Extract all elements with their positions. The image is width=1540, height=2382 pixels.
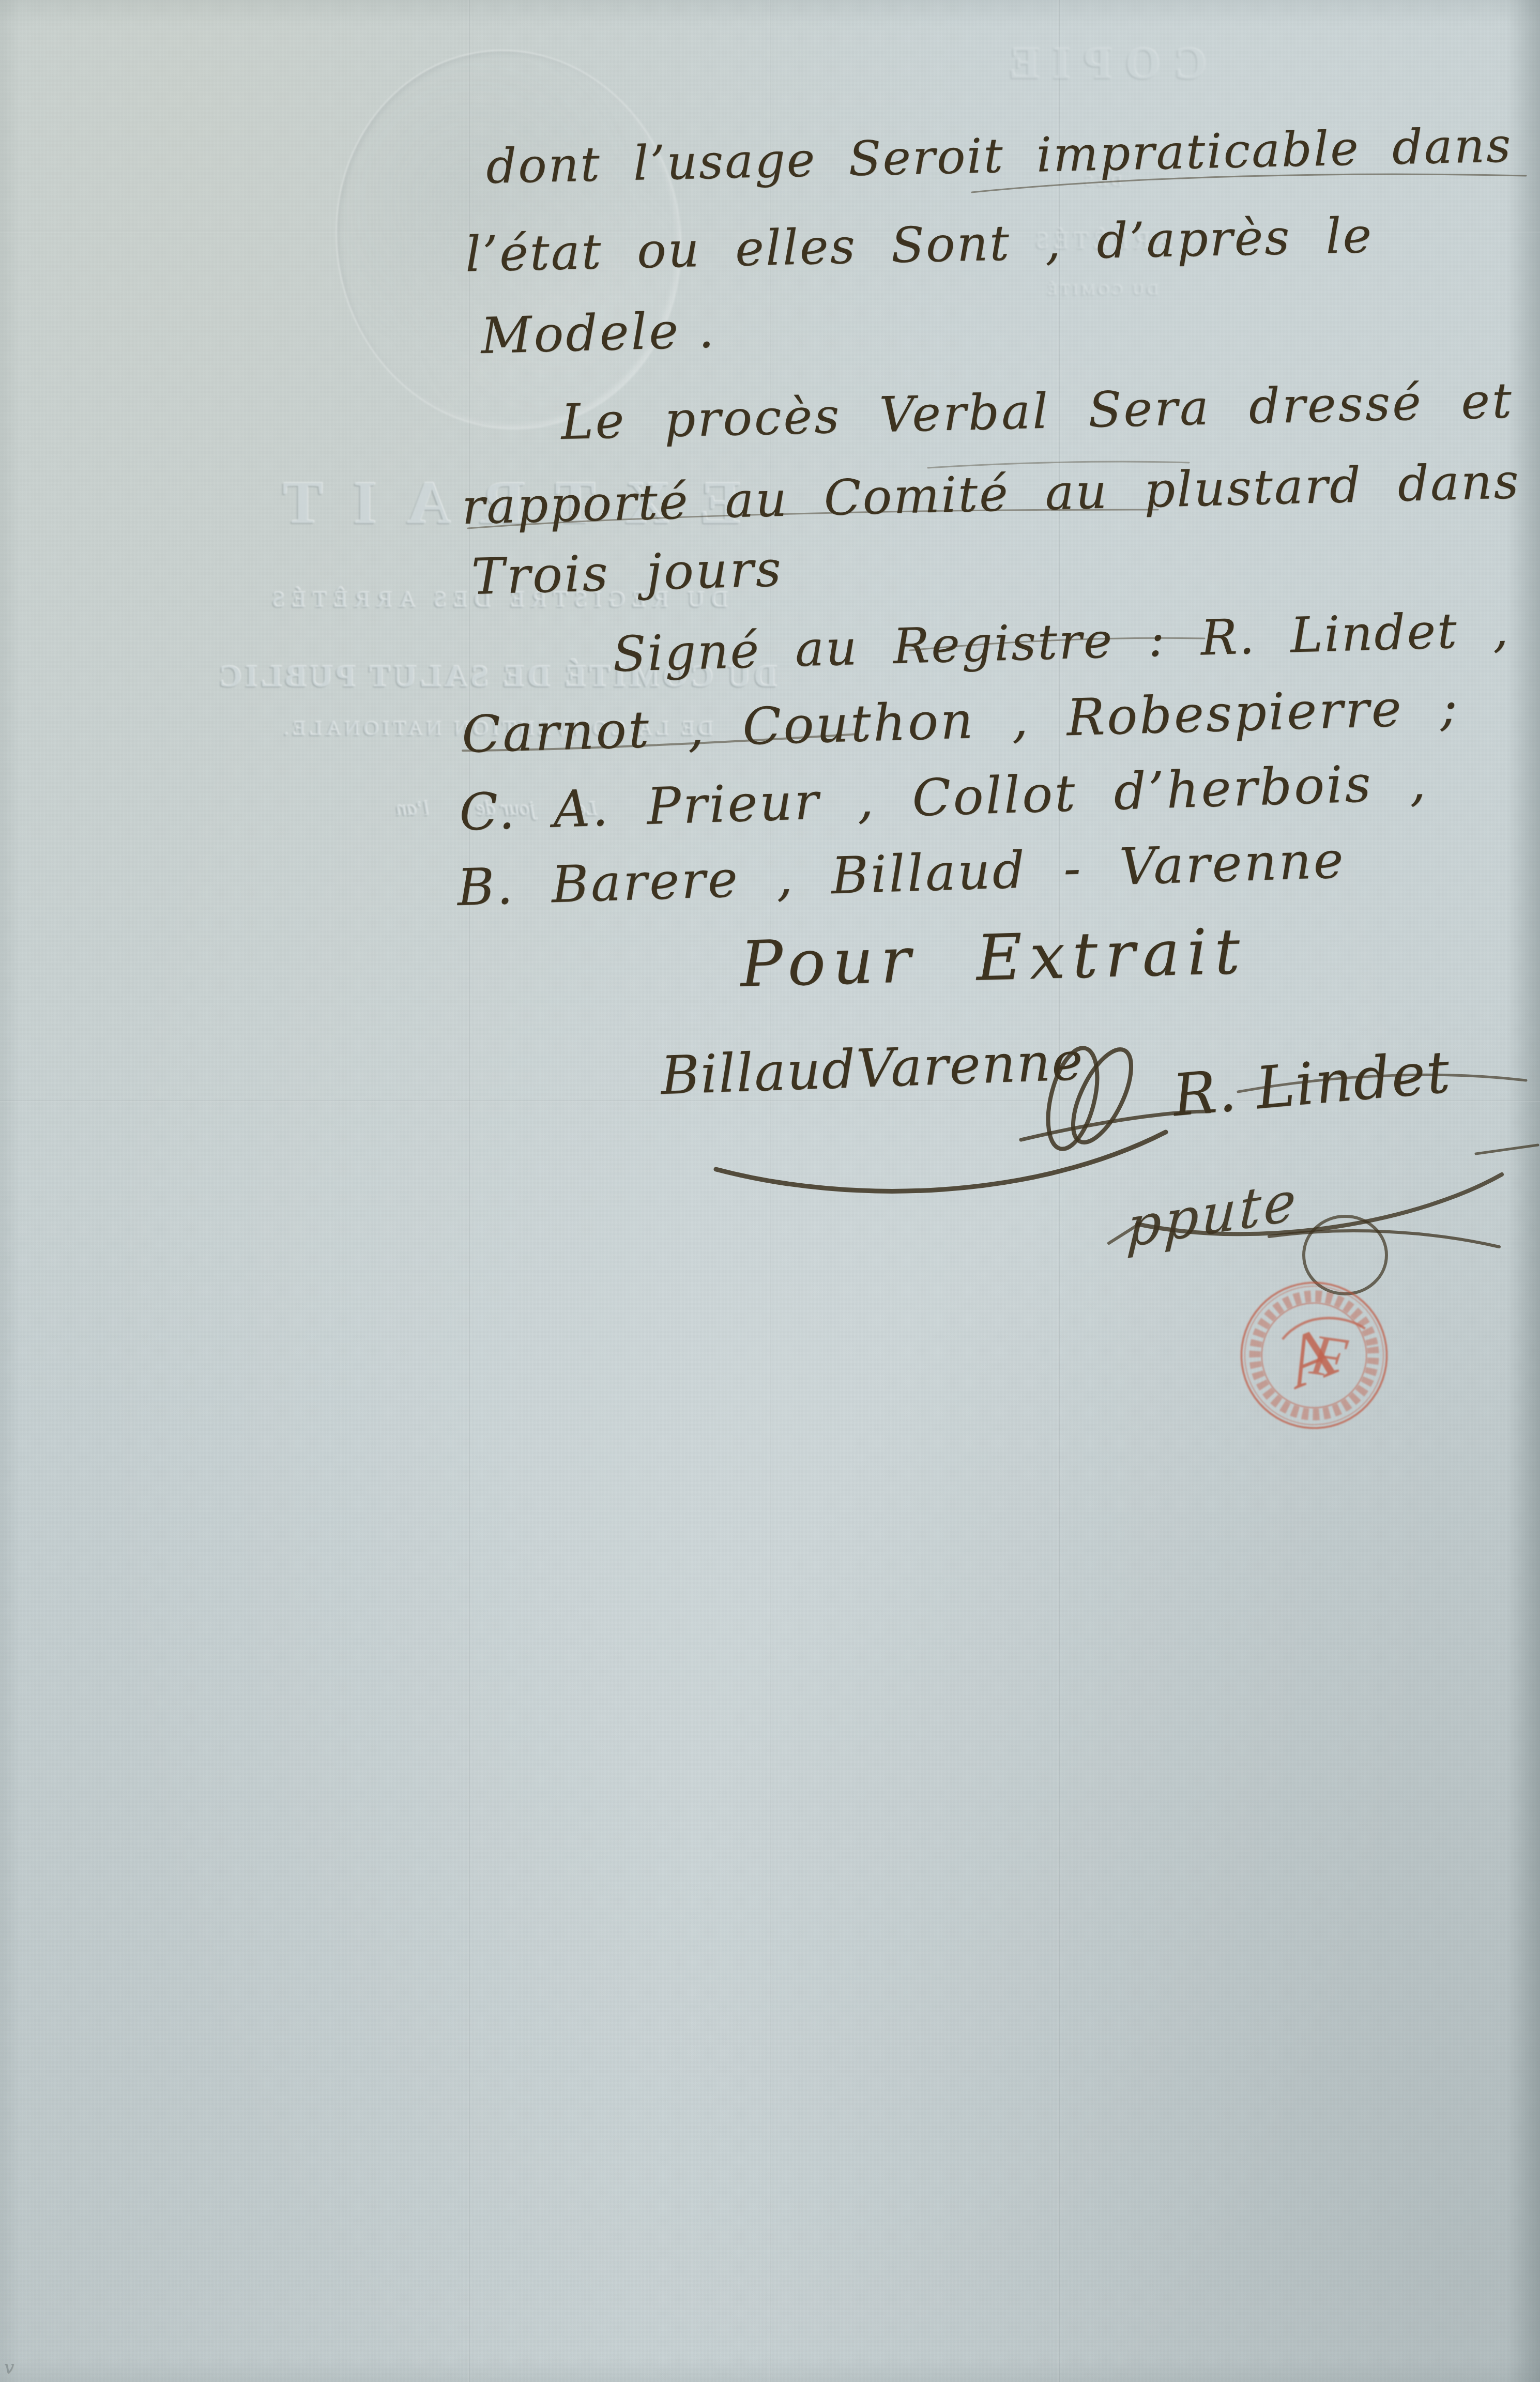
monogram-swash xyxy=(1280,1312,1365,1340)
handwriting-line: rapporté au Comité au plustard dans xyxy=(461,453,1521,536)
corner-pencil-mark: v xyxy=(4,2357,14,2378)
svg-text:F: F xyxy=(1306,1322,1351,1391)
handwriting-line: Le procès Verbal Sera dressé et xyxy=(560,373,1514,451)
handwriting-line: B. Barere , Billaud - Varenne xyxy=(456,831,1347,918)
greek-key-ring xyxy=(1247,1289,1381,1422)
ghost-top-line: DU COMITÉ xyxy=(936,281,1267,299)
manuscript-page: EXTRAIT DU REGISTRE DES ARRÊTÉS DU COMIT… xyxy=(0,0,1540,2382)
svg-text:A: A xyxy=(1270,1311,1346,1404)
handwriting-line: Modele . xyxy=(480,301,717,365)
pour-extrait-line: Pour Extrait xyxy=(739,914,1248,1001)
handwriting-line: Carnot , Couthon , Robespierre ; xyxy=(461,678,1460,765)
signature-paraph: ppute xyxy=(1125,1168,1301,1260)
vertical-fold-crease xyxy=(1058,0,1060,2382)
handwriting-line: C. A. Prieur , Collot d’herbois , xyxy=(459,753,1429,843)
stamp-monogram: A F xyxy=(1269,1307,1361,1407)
red-archive-stamp: A F xyxy=(1227,1268,1402,1443)
vertical-fold-crease xyxy=(769,0,771,2382)
handwriting-line: Trois jours xyxy=(471,540,784,606)
handwriting-line: Signé au Registre : R. Lindet , xyxy=(612,602,1511,683)
ghost-top-line: COPIE xyxy=(936,37,1267,89)
signature-billaud-varenne: BillaudVarenne xyxy=(660,1031,1085,1107)
ink-flourishes xyxy=(0,0,1540,2382)
signature-r-lindet: R. Lindet xyxy=(1170,1039,1453,1129)
